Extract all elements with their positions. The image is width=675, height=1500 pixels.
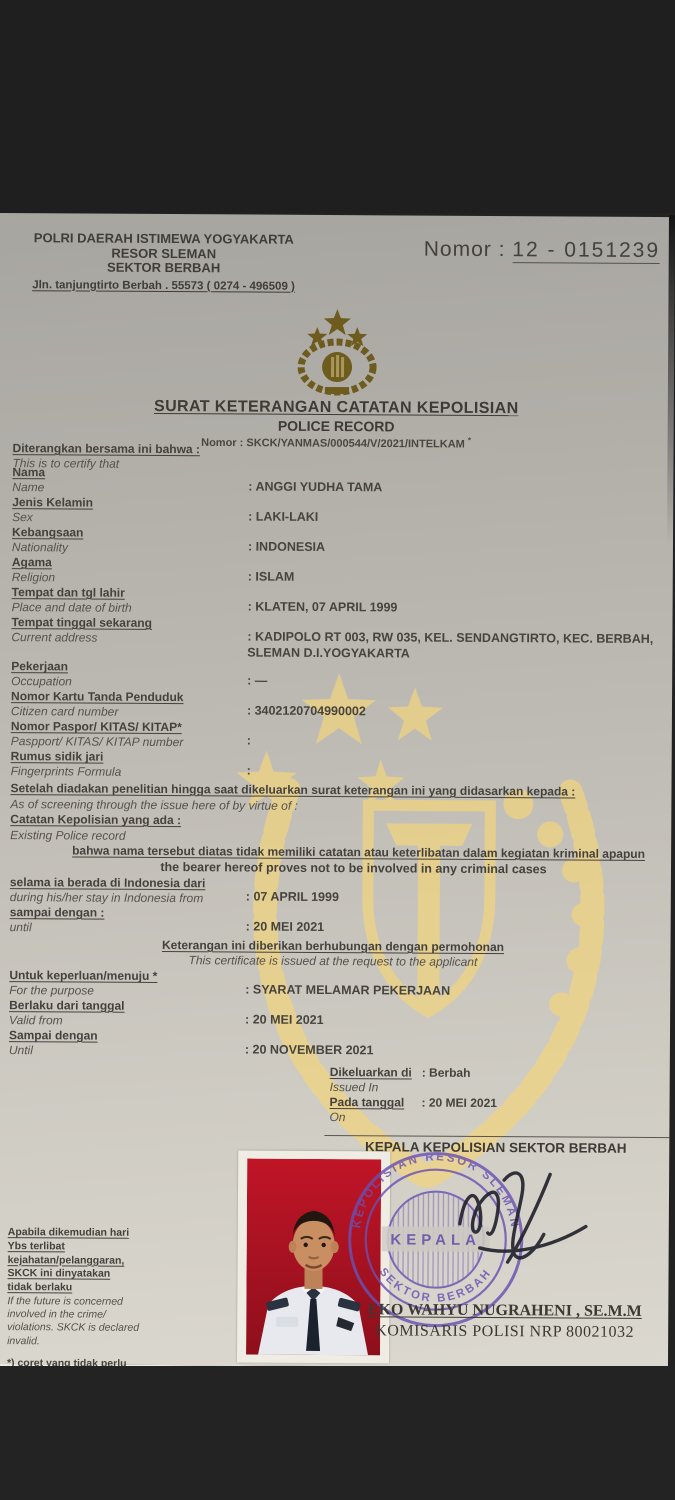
field-value: : KADIPOLO RT 003, RW 035, KEL. SENDANGT…: [247, 617, 672, 664]
field-label-id: Nomor Kartu Tanda Penduduk: [11, 689, 247, 705]
field-value-line1: : KADIPOLO RT 003, RW 035, KEL. SENDANGT…: [247, 630, 653, 646]
field-row: AgamaReligion: ISLAM: [0, 555, 673, 589]
header-office-line: SEKTOR BERBAH: [28, 260, 300, 276]
disclaimer-block: Apabila dikemudian hari Ybs terlibat kej…: [7, 1226, 218, 1370]
field-label-id: Kebangsaan: [12, 525, 248, 541]
disclaimer-note-en: If the future is concerned: [7, 1295, 217, 1309]
skck-number-asterisk: *: [468, 436, 471, 445]
field-row: NamaName: ANGGI YUDHA TAMA: [0, 465, 673, 499]
purpose-label-id: Untuk keperluan/menuju *: [9, 968, 245, 984]
header-office-line: POLRI DAERAH ISTIMEWA YOGYAKARTA: [28, 231, 300, 247]
stay-row: sampai dengan :until: 20 MEI 2021: [0, 905, 671, 939]
disclaimer-note-en: violations. SKCK is declared: [7, 1321, 217, 1335]
letterbox-bottom: [0, 1366, 675, 1500]
stay-period-fields: selama ia berada di Indonesia dariduring…: [0, 875, 671, 939]
field-row: Tempat dan tgl lahirPlace and date of bi…: [0, 585, 673, 619]
letterbox-top: [0, 0, 675, 213]
identity-fields: NamaName: ANGGI YUDHA TAMA Jenis Kelamin…: [0, 465, 673, 783]
field-label-en: Citizen card number: [11, 704, 247, 720]
screening-section: Setelah diadakan penelitian hingga saat …: [10, 781, 668, 878]
field-label-id: Tempat dan tgl lahir: [12, 585, 248, 601]
skck-number-text: Nomor : SKCK/YANMAS/000544/V/2021/INTELK…: [201, 437, 465, 451]
signer-rank: KOMISARIS POLISI NRP 80021032: [345, 1322, 664, 1342]
purpose-label-id: Sampai dengan: [9, 1028, 245, 1044]
field-value: : LAKI-LAKI: [248, 497, 673, 528]
stay-label-en: during his/her stay in Indonesia from: [10, 890, 246, 906]
stay-row: selama ia berada di Indonesia dariduring…: [0, 875, 671, 909]
purpose-value: : 20 MEI 2021: [245, 1000, 670, 1031]
purpose-value: : 20 NOVEMBER 2021: [245, 1030, 670, 1061]
certificate-number-prefix: Nomor :: [424, 238, 513, 262]
field-row: Rumus sidik jariFingerprints Formula:: [0, 749, 672, 783]
field-value: : ISLAM: [248, 557, 673, 588]
field-label-id: Tempat tinggal sekarang: [11, 615, 247, 631]
disclaimer-note-en: involved in the crime/: [7, 1308, 217, 1322]
disclaimer-note-id: Ybs terlibat: [8, 1240, 218, 1255]
purpose-value: : SYARAT MELAMAR PEKERJAAN: [245, 970, 670, 1001]
signer-block: EKO WAHYU NUGRAHENI , SE.M.M KOMISARIS P…: [345, 1301, 664, 1342]
issued-on-label-en: On: [329, 1110, 669, 1127]
field-label-en: Nationality: [12, 540, 248, 556]
police-region-header: POLRI DAERAH ISTIMEWA YOGYAKARTA RESOR S…: [28, 231, 300, 294]
purpose-label-en: For the purpose: [9, 983, 245, 999]
field-row: Jenis KelaminSex: LAKI-LAKI: [0, 495, 673, 529]
field-value: : 3402120704990002: [247, 691, 672, 722]
request-note: Keterangan ini diberikan berhubungan den…: [0, 937, 671, 971]
purpose-row: Untuk keperluan/menuju *For the purpose:…: [0, 968, 670, 1002]
purpose-label-id: Berlaku dari tanggal: [9, 998, 245, 1014]
stay-label-en: until: [10, 920, 246, 936]
field-row: Tempat tinggal sekarangCurrent address: …: [0, 615, 673, 663]
field-label-id: Nomor Paspor/ KITAS/ KITAP*: [11, 719, 247, 735]
field-value: : INDONESIA: [248, 527, 673, 558]
certificate-number-heading: Nomor : 12 - 0151239: [424, 238, 660, 263]
field-value: :: [247, 721, 672, 752]
purpose-fields: Untuk keperluan/menuju *For the purpose:…: [0, 968, 670, 1062]
field-label-en: Religion: [12, 570, 248, 586]
purpose-row: Berlaku dari tanggalValid from: 20 MEI 2…: [0, 998, 670, 1032]
header-address-line: Jln. tanjungtirto Berbah . 55573 ( 0274 …: [28, 278, 300, 294]
disclaimer-note-id: kejahatan/pelanggaran,: [8, 1254, 218, 1269]
stay-value: : 07 APRIL 1999: [246, 877, 671, 908]
issued-on-label: Pada tanggal: [330, 1095, 422, 1111]
field-value: :: [247, 751, 672, 782]
purpose-label-en: Valid from: [9, 1013, 245, 1029]
document-page: POLRI DAERAH ISTIMEWA YOGYAKARTA RESOR S…: [0, 213, 675, 1371]
field-value-line2: SLEMAN D.I.YOGYAKARTA: [247, 646, 410, 661]
field-label-en: Sex: [12, 510, 248, 526]
issued-in-value: : Berbah: [422, 1066, 471, 1080]
signer-name: EKO WAHYU NUGRAHENI , SE.M.M: [345, 1301, 664, 1321]
field-label-en: Current address: [11, 630, 247, 646]
disclaimer-note-id: Apabila dikemudian hari: [8, 1226, 218, 1241]
purpose-row: Sampai denganUntil: 20 NOVEMBER 2021: [0, 1028, 670, 1062]
field-label-id: Agama: [12, 555, 248, 571]
field-label-en: Fingerprints Formula: [11, 764, 247, 780]
issued-on-value: : 20 MEI 2021: [422, 1096, 497, 1110]
field-label-id: Pekerjaan: [11, 659, 247, 675]
field-row: PekerjaanOccupation: —: [0, 659, 672, 693]
field-label-en: Place and date of birth: [12, 600, 248, 616]
field-value: : —: [247, 661, 672, 692]
purpose-label-en: Until: [9, 1043, 245, 1059]
disclaimer-note-id: SKCK ini dinyatakan: [7, 1267, 217, 1282]
intro-line-id: Diterangkan bersama ini bahwa :: [13, 441, 200, 457]
issue-block: Dikeluarkan di: Berbah Issued In Pada ta…: [329, 1065, 669, 1127]
issued-on-row: Pada tanggal: 20 MEI 2021: [330, 1095, 670, 1112]
field-row: Nomor Paspor/ KITAS/ KITAP*Paspport/ KIT…: [0, 719, 672, 753]
stay-label-id: selama ia berada di Indonesia dari: [10, 875, 246, 891]
stay-value: : 20 MEI 2021: [246, 907, 671, 938]
field-value: : KLATEN, 07 APRIL 1999: [248, 587, 673, 618]
field-label-en: Paspport/ KITAS/ KITAP number: [11, 734, 247, 750]
disclaimer-note-id: tidak berlaku: [7, 1281, 217, 1296]
photo-viewer-background: POLRI DAERAH ISTIMEWA YOGYAKARTA RESOR S…: [0, 0, 675, 1500]
field-row: KebangsaanNationality: INDONESIA: [0, 525, 673, 559]
issued-in-label: Dikeluarkan di: [330, 1065, 422, 1081]
field-label-id: Rumus sidik jari: [11, 749, 247, 765]
polri-emblem-icon: [295, 307, 380, 400]
stay-label-id: sampai dengan :: [10, 905, 246, 921]
field-label-id: Jenis Kelamin: [12, 495, 248, 511]
signature-scribble: [446, 1158, 597, 1277]
certificate-number-value: 12 - 0151239: [512, 238, 660, 264]
disclaimer-note-en: invalid.: [7, 1335, 217, 1349]
field-value: : ANGGI YUDHA TAMA: [248, 467, 673, 498]
field-label-id: Nama: [12, 465, 248, 481]
field-label-en: Occupation: [11, 674, 247, 690]
field-label-en: Name: [12, 480, 248, 496]
issued-in-row: Dikeluarkan di: Berbah: [330, 1065, 670, 1082]
field-row: Nomor Kartu Tanda PendudukCitizen card n…: [0, 689, 672, 723]
